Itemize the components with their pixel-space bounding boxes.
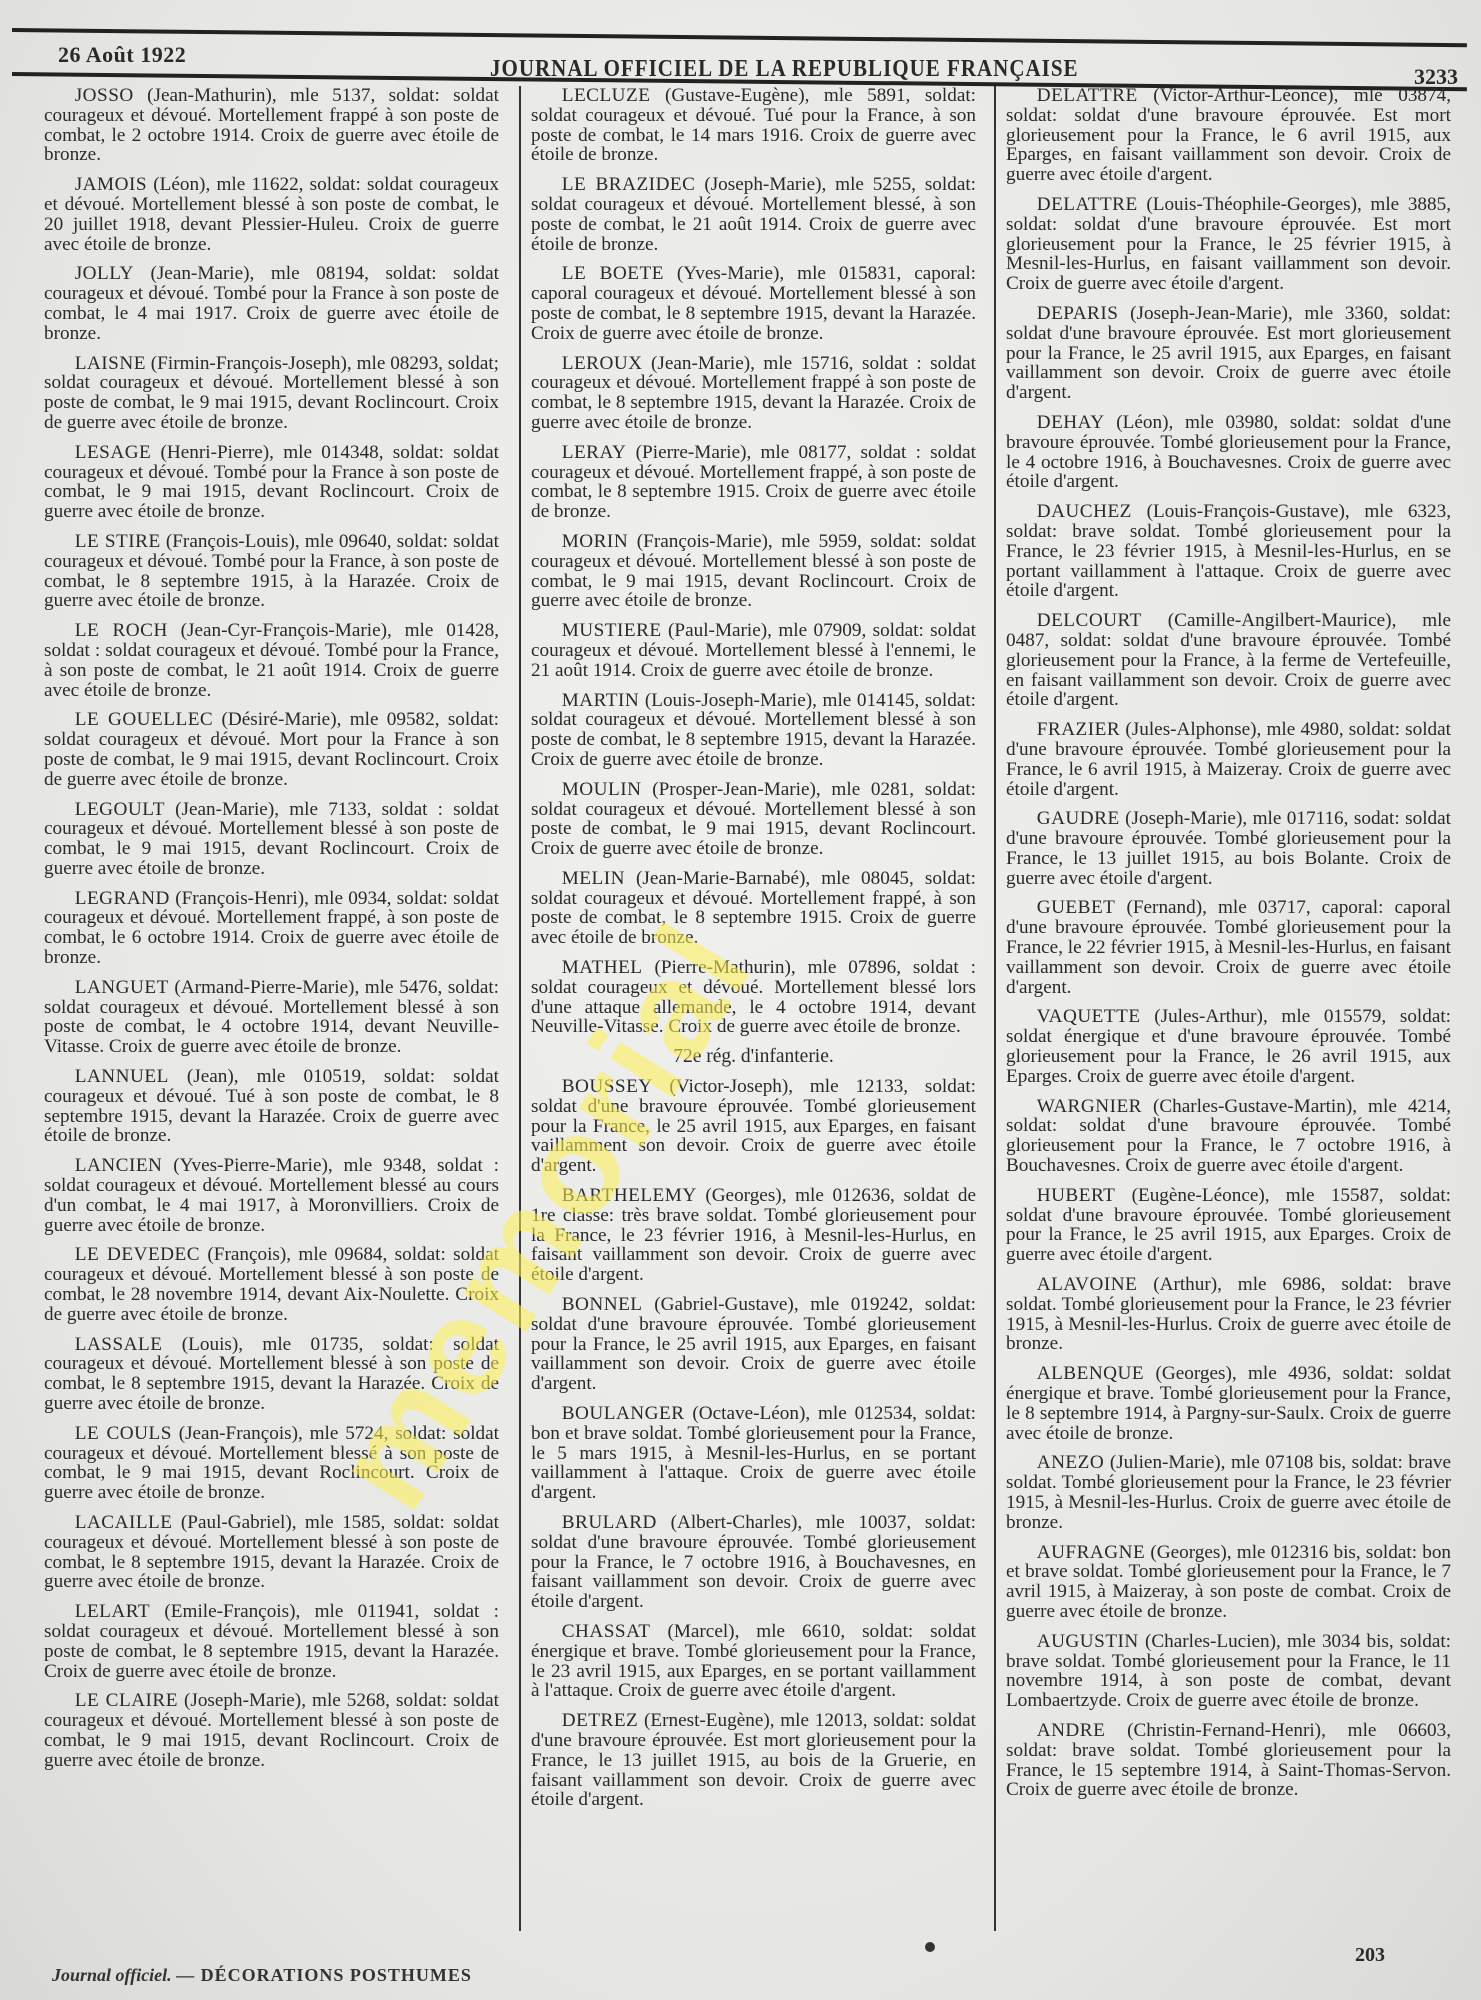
citation-entry: DELATTRE (Victor-Arthur-Léonce), mle 038… xyxy=(1006,86,1451,185)
soldier-given-names: (Paul-Marie) xyxy=(668,620,767,641)
citation-entry: LASSALE (Louis), mle 01735, soldat: sold… xyxy=(44,1335,499,1414)
soldier-given-names: (Joseph-Marie) xyxy=(1125,808,1242,829)
soldier-surname: LE BOETE xyxy=(562,263,664,284)
citation-entry: LE BRAZIDEC (Joseph-Marie), mle 5255, so… xyxy=(531,175,976,254)
soldier-surname: MATHEL xyxy=(562,957,643,978)
citation-entry: LE DEVEDEC (François), mle 09684, soldat… xyxy=(44,1245,499,1324)
soldier-surname: LE COULS xyxy=(75,1423,172,1444)
citation-entry: MORIN (François-Marie), mle 5959, soldat… xyxy=(531,532,976,611)
citation-entry: LANGUET (Armand-Pierre-Marie), mle 5476,… xyxy=(44,978,499,1057)
soldier-given-names: (François-Marie) xyxy=(637,531,768,552)
soldier-surname: GUEBET xyxy=(1037,897,1116,918)
soldier-given-names: (Joseph-Jean-Marie) xyxy=(1130,303,1288,324)
soldier-surname: LERAY xyxy=(562,442,627,463)
citation-entry: BRULARD (Albert-Charles), mle 10037, sol… xyxy=(531,1513,976,1612)
citation-entry: GAUDRE (Joseph-Marie), mle 017116, sodat… xyxy=(1006,809,1451,888)
citation-entry: ALAVOINE (Arthur), mle 6986, soldat: bra… xyxy=(1006,1275,1451,1354)
soldier-surname: WARGNIER xyxy=(1037,1096,1142,1117)
soldier-surname: ANEZO xyxy=(1037,1452,1105,1473)
citation-entry: ANDRE (Christin-Fernand-Henri), mle 0660… xyxy=(1006,1721,1451,1800)
citation-entry: JAMOIS (Léon), mle 11622, soldat: soldat… xyxy=(44,175,499,254)
soldier-surname: VAQUETTE xyxy=(1037,1006,1141,1027)
soldier-given-names: (Gustave-Eugène) xyxy=(665,85,805,106)
citation-entry: DAUCHEZ (Louis-François-Gustave), mle 63… xyxy=(1006,502,1451,601)
citation-entry: LECLUZE (Gustave-Eugène), mle 5891, sold… xyxy=(531,86,976,165)
soldier-given-names: (Jean) xyxy=(187,1066,234,1087)
citation-entry: LACAILLE (Paul-Gabriel), mle 1585, solda… xyxy=(44,1513,499,1592)
soldier-given-names: (Louis-Théophile-Georges) xyxy=(1146,194,1357,215)
soldier-given-names: (Eugène-Léonce) xyxy=(1132,1185,1265,1206)
soldier-given-names: (Jules-Arthur) xyxy=(1154,1006,1263,1027)
printer-dot xyxy=(925,1942,935,1952)
column-2: LECLUZE (Gustave-Eugène), mle 5891, sold… xyxy=(519,86,976,1931)
soldier-given-names: (Léon) xyxy=(153,174,205,195)
soldier-given-names: (Joseph-Marie) xyxy=(704,174,821,195)
citation-entry: LESAGE (Henri-Pierre), mle 014348, solda… xyxy=(44,443,499,522)
soldier-surname: DELCOURT xyxy=(1037,610,1142,631)
citation-entry: LELART (Emile-François), mle 011941, sol… xyxy=(44,1602,499,1681)
soldier-surname: LEROUX xyxy=(562,353,643,374)
soldier-surname: LANGUET xyxy=(75,977,169,998)
citation-entry: LE CLAIRE (Joseph-Marie), mle 5268, sold… xyxy=(44,1691,499,1770)
citation-entry: VAQUETTE (Jules-Arthur), mle 015579, sol… xyxy=(1006,1007,1451,1086)
soldier-given-names: (Arthur) xyxy=(1153,1274,1217,1295)
soldier-given-names: (François-Louis) xyxy=(166,531,295,552)
footer-page-number: 203 xyxy=(1355,1944,1385,1967)
soldier-given-names: (Louis-Joseph-Marie) xyxy=(645,690,812,711)
soldier-surname: LE CLAIRE xyxy=(75,1690,178,1711)
soldier-surname: MELIN xyxy=(562,868,625,889)
soldier-surname: DEPARIS xyxy=(1037,303,1119,324)
soldier-surname: ANDRE xyxy=(1037,1720,1106,1741)
soldier-given-names: (Pierre-Mathurin) xyxy=(654,957,790,978)
citation-entry: BONNEL (Gabriel-Gustave), mle 019242, so… xyxy=(531,1295,976,1394)
soldier-given-names: (Paul-Gabriel) xyxy=(181,1512,292,1533)
soldier-given-names: (Fernand) xyxy=(1126,897,1202,918)
citation-entry: LEGOULT (Jean-Marie), mle 7133, soldat :… xyxy=(44,800,499,879)
soldier-given-names: (Georges) xyxy=(1155,1363,1231,1384)
soldier-surname: DAUCHEZ xyxy=(1037,501,1132,522)
soldier-surname: DETREZ xyxy=(562,1710,639,1731)
issue-date: 26 Août 1922 xyxy=(58,42,186,68)
citation-entry: WARGNIER (Charles-Gustave-Martin), mle 4… xyxy=(1006,1097,1451,1176)
soldier-given-names: (Jean-François) xyxy=(179,1423,298,1444)
citation-entry: BOULANGER (Octave-Léon), mle 012534, sol… xyxy=(531,1404,976,1503)
soldier-given-names: (Jean-Marie) xyxy=(150,263,249,284)
soldier-surname: ALBENQUE xyxy=(1037,1363,1144,1384)
citation-entry: DELATTRE (Louis-Théophile-Georges), mle … xyxy=(1006,195,1451,294)
soldier-given-names: (Victor-Joseph) xyxy=(669,1076,788,1097)
citation-entry: DELCOURT (Camille-Angilbert-Maurice), ml… xyxy=(1006,611,1451,710)
soldier-surname: LAISNE xyxy=(75,353,146,374)
soldier-given-names: (Firmin-François-Joseph) xyxy=(151,353,347,374)
citation-entry: LANCIEN (Yves-Pierre-Marie), mle 9348, s… xyxy=(44,1156,499,1235)
soldier-given-names: (Marcel) xyxy=(667,1621,734,1642)
soldier-given-names: (Octave-Léon) xyxy=(692,1403,805,1424)
soldier-surname: LEGOULT xyxy=(75,799,165,820)
citation-entry: LE GOUELLEC (Désiré-Marie), mle 09582, s… xyxy=(44,710,499,789)
soldier-surname: MORIN xyxy=(562,531,628,552)
soldier-surname: JAMOIS xyxy=(75,174,147,195)
citation-entry: HUBERT (Eugène-Léonce), mle 15587, solda… xyxy=(1006,1186,1451,1265)
soldier-given-names: (Georges) xyxy=(705,1185,781,1206)
citation-entry: LANNUEL (Jean), mle 010519, soldat: sold… xyxy=(44,1067,499,1146)
soldier-surname: CHASSAT xyxy=(562,1621,651,1642)
soldier-given-names: (Jean-Cyr-François-Marie) xyxy=(181,620,387,641)
soldier-given-names: (Joseph-Marie) xyxy=(184,1690,301,1711)
soldier-surname: LE STIRE xyxy=(75,531,161,552)
soldier-surname: ALAVOINE xyxy=(1037,1274,1138,1295)
soldier-given-names: (Camille-Angilbert-Maurice) xyxy=(1168,610,1392,631)
column-1: JOSSO (Jean-Mathurin), mle 5137, soldat:… xyxy=(44,86,499,1931)
soldier-surname: LE BRAZIDEC xyxy=(562,174,696,195)
citation-entry: GUEBET (Fernand), mle 03717, caporal: ca… xyxy=(1006,898,1451,997)
soldier-given-names: (François) xyxy=(207,1244,286,1265)
citation-entry: LERAY (Pierre-Marie), mle 08177, soldat … xyxy=(531,443,976,522)
soldier-given-names: (Victor-Arthur-Léonce) xyxy=(1153,85,1333,106)
soldier-surname: DELATTRE xyxy=(1037,85,1138,106)
citation-entry: LEROUX (Jean-Marie), mle 15716, soldat :… xyxy=(531,354,976,433)
soldier-surname: LE ROCH xyxy=(75,620,168,641)
soldier-given-names: (Louis) xyxy=(182,1334,239,1355)
citation-entry: JOSSO (Jean-Mathurin), mle 5137, soldat:… xyxy=(44,86,499,165)
text-columns: JOSSO (Jean-Mathurin), mle 5137, soldat:… xyxy=(44,86,1454,1946)
soldier-given-names: (Jean-Marie-Barnabé) xyxy=(636,868,805,889)
citation-entry: LE STIRE (François-Louis), mle 09640, so… xyxy=(44,532,499,611)
citation-entry: LE COULS (Jean-François), mle 5724, sold… xyxy=(44,1424,499,1503)
soldier-surname: LANNUEL xyxy=(75,1066,169,1087)
soldier-surname: DEHAY xyxy=(1037,412,1105,433)
citation-entry: CHASSAT (Marcel), mle 6610, soldat: sold… xyxy=(531,1622,976,1701)
soldier-surname: BARTHELEMY xyxy=(562,1185,697,1206)
soldier-surname: LECLUZE xyxy=(562,85,651,106)
soldier-surname: BONNEL xyxy=(562,1294,643,1315)
soldier-surname: AUGUSTIN xyxy=(1037,1631,1139,1652)
footer-source-italic: Journal officiel. xyxy=(52,1965,172,1985)
soldier-surname: MOULIN xyxy=(562,779,642,800)
citation-entry: BARTHELEMY (Georges), mle 012636, soldat… xyxy=(531,1186,976,1285)
soldier-given-names: (Georges) xyxy=(1150,1542,1226,1563)
soldier-surname: MARTIN xyxy=(562,690,640,711)
citation-entry: AUFRAGNE (Georges), mle 012316 bis, sold… xyxy=(1006,1543,1451,1622)
citation-entry: LE ROCH (Jean-Cyr-François-Marie), mle 0… xyxy=(44,621,499,700)
soldier-surname: MUSTIERE xyxy=(562,620,662,641)
document-page: 26 Août 1922 JOURNAL OFFICIEL DE LA REPU… xyxy=(0,0,1481,2000)
soldier-given-names: (Ernest-Eugène) xyxy=(644,1710,770,1731)
soldier-surname: HUBERT xyxy=(1037,1185,1116,1206)
citation-entry: MOULIN (Prosper-Jean-Marie), mle 0281, s… xyxy=(531,780,976,859)
footer-source-caps: — DÉCORATIONS POSTHUMES xyxy=(176,1965,472,1985)
citation-entry: LE BOETE (Yves-Marie), mle 015831, capor… xyxy=(531,264,976,343)
soldier-given-names: (Jean-Marie) xyxy=(175,799,274,820)
citation-entry: DEHAY (Léon), mle 03980, soldat: soldat … xyxy=(1006,413,1451,492)
soldier-given-names: (Jean-Mathurin) xyxy=(147,85,272,106)
soldier-surname: LELART xyxy=(75,1601,150,1622)
soldier-given-names: (Albert-Charles) xyxy=(671,1512,798,1533)
soldier-given-names: (Julien-Marie) xyxy=(1110,1452,1221,1473)
soldier-surname: JOLLY xyxy=(75,263,134,284)
soldier-given-names: (Henri-Pierre) xyxy=(161,442,270,463)
soldier-surname: LESAGE xyxy=(75,442,152,463)
citation-entry: BOUSSEY (Victor-Joseph), mle 12133, sold… xyxy=(531,1077,976,1176)
soldier-given-names: (Désiré-Marie) xyxy=(222,709,337,730)
soldier-surname: LACAILLE xyxy=(75,1512,173,1533)
citation-entry: MELIN (Jean-Marie-Barnabé), mle 08045, s… xyxy=(531,869,976,948)
citation-entry: ALBENQUE (Georges), mle 4936, soldat: so… xyxy=(1006,1364,1451,1443)
soldier-given-names: (Jean-Marie) xyxy=(651,353,750,374)
soldier-surname: BOULANGER xyxy=(562,1403,685,1424)
soldier-given-names: (Jules-Alphonse) xyxy=(1125,719,1256,740)
citation-entry: LAISNE (Firmin-François-Joseph), mle 082… xyxy=(44,354,499,433)
citation-entry: JOLLY (Jean-Marie), mle 08194, soldat: s… xyxy=(44,264,499,343)
citation-entry: LEGRAND (François-Henri), mle 0934, sold… xyxy=(44,889,499,968)
citation-entry: AUGUSTIN (Charles-Lucien), mle 3034 bis,… xyxy=(1006,1632,1451,1711)
page-header: 26 Août 1922 JOURNAL OFFICIEL DE LA REPU… xyxy=(58,40,1458,70)
soldier-surname: DELATTRE xyxy=(1037,194,1138,215)
soldier-surname: JOSSO xyxy=(75,85,134,106)
soldier-given-names: (Gabriel-Gustave) xyxy=(654,1294,794,1315)
soldier-surname: LANCIEN xyxy=(75,1155,163,1176)
citation-entry: FRAZIER (Jules-Alphonse), mle 4980, sold… xyxy=(1006,720,1451,799)
soldier-given-names: (Yves-Pierre-Marie) xyxy=(173,1155,328,1176)
soldier-surname: BOUSSEY xyxy=(562,1076,653,1097)
soldier-given-names: (Emile-François) xyxy=(164,1601,295,1622)
soldier-given-names: (Prosper-Jean-Marie) xyxy=(652,779,816,800)
soldier-given-names: (Léon) xyxy=(1116,412,1168,433)
soldier-given-names: (Yves-Marie) xyxy=(677,263,780,284)
soldier-surname: LE DEVEDEC xyxy=(75,1244,200,1265)
soldier-given-names: (Armand-Pierre-Marie) xyxy=(174,977,354,998)
footer-source: Journal officiel. — DÉCORATIONS POSTHUME… xyxy=(52,1965,472,1986)
soldier-surname: LASSALE xyxy=(75,1334,163,1355)
soldier-surname: FRAZIER xyxy=(1037,719,1120,740)
soldier-given-names: (Louis-François-Gustave) xyxy=(1147,501,1345,522)
soldier-surname: LE GOUELLEC xyxy=(75,709,214,730)
soldier-given-names: (Pierre-Marie) xyxy=(636,442,747,463)
soldier-surname: BRULARD xyxy=(562,1512,657,1533)
soldier-surname: AUFRAGNE xyxy=(1037,1542,1145,1563)
citation-entry: DEPARIS (Joseph-Jean-Marie), mle 3360, s… xyxy=(1006,304,1451,403)
citation-entry: DETREZ (Ernest-Eugène), mle 12013, solda… xyxy=(531,1711,976,1810)
section-heading: 72e rég. d'infanterie. xyxy=(531,1047,976,1067)
soldier-given-names: (Charles-Lucien) xyxy=(1145,1631,1276,1652)
soldier-surname: LEGRAND xyxy=(75,888,170,909)
citation-entry: MUSTIERE (Paul-Marie), mle 07909, soldat… xyxy=(531,621,976,680)
soldier-surname: GAUDRE xyxy=(1037,808,1120,829)
citation-entry: ANEZO (Julien-Marie), mle 07108 bis, sol… xyxy=(1006,1453,1451,1532)
citation-entry: MATHEL (Pierre-Mathurin), mle 07896, sol… xyxy=(531,958,976,1037)
soldier-given-names: (François-Henri) xyxy=(175,888,304,909)
column-3: DELATTRE (Victor-Arthur-Léonce), mle 038… xyxy=(994,86,1451,1931)
soldier-given-names: (Christin-Fernand-Henri) xyxy=(1127,1720,1321,1741)
citation-entry: MARTIN (Louis-Joseph-Marie), mle 014145,… xyxy=(531,691,976,770)
soldier-given-names: (Charles-Gustave-Martin) xyxy=(1153,1096,1352,1117)
